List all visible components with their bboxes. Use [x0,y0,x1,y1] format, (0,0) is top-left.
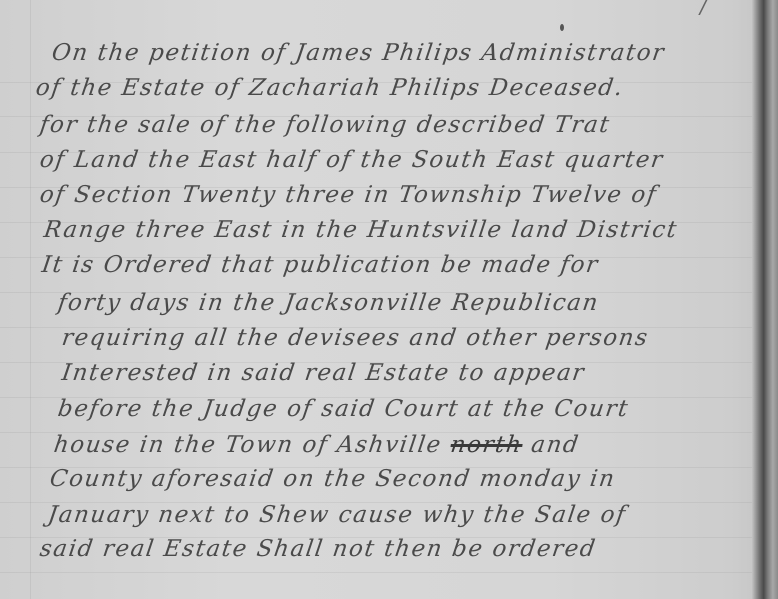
text-line-12: house in the Town of Ashville north and [52,432,581,458]
ruled-line [0,572,758,573]
text-line-6: Range three East in the Huntsville land … [42,217,679,243]
text-line-4: of Land the East half of the South East … [38,147,665,173]
document-page: / On the petition of James Philips Admin… [0,0,778,599]
margin-rule [30,0,31,599]
text-line-14: January next to Shew cause why the Sale … [46,502,628,528]
text-line-8: forty days in the Jacksonville Republica… [56,290,601,316]
top-right-mark: / [700,0,707,19]
text-line-11: before the Judge of said Court at the Co… [56,396,631,422]
text-line-1: On the petition of James Philips Adminis… [50,40,667,66]
struck-word: north [449,432,524,458]
text-line-12-end: and [530,432,582,458]
text-line-3: for the sale of the following described … [38,112,612,138]
text-line-13: County aforesaid on the Second monday in [48,466,617,492]
text-line-12-main: house in the Town of Ashville [52,432,443,458]
text-line-2: of the Estate of Zachariah Philips Decea… [34,75,625,101]
text-line-15: said real Estate Shall not then be order… [38,536,598,562]
text-line-10: Interested in said real Estate to appear [60,360,587,386]
text-line-5: of Section Twenty three in Township Twel… [38,182,659,208]
ink-spot [560,24,564,31]
text-line-7: It is Ordered that publication be made f… [40,252,600,278]
book-binding-edge [752,0,778,599]
text-line-9: requiring all the devisees and other per… [60,325,650,351]
